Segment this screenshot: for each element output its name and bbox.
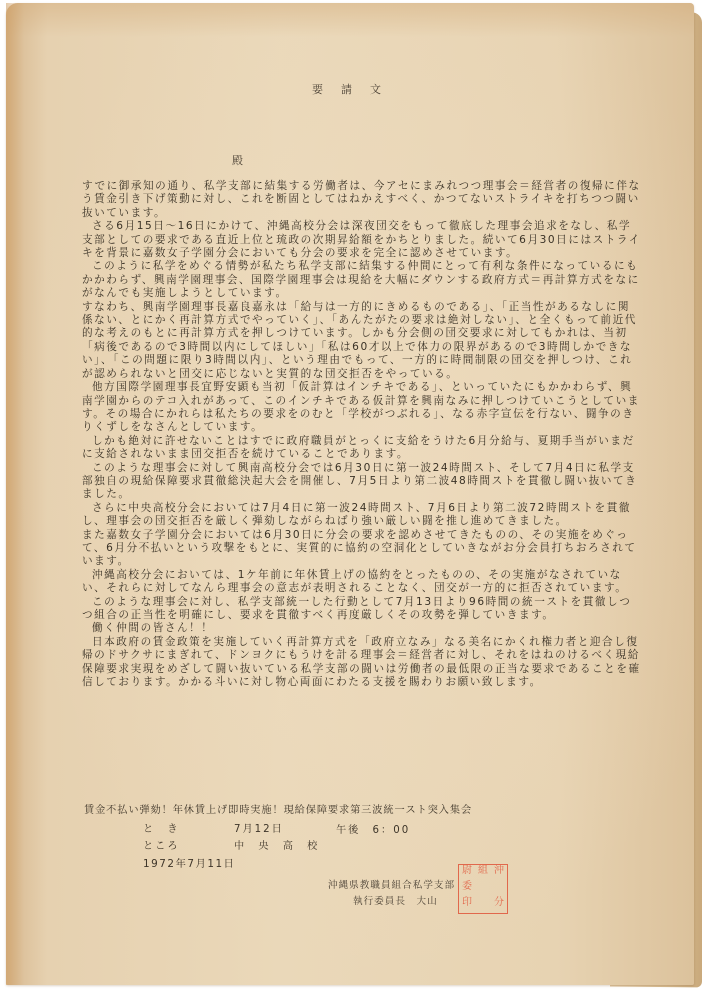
body-paragraph: また嘉数女子学園分会においては6月30日に分会の要求を認めさせてきたものの、その… <box>82 529 642 569</box>
seal-character <box>491 881 507 897</box>
body-paragraph: 沖縄高校分会においては、1ケ年前に年休賃上げの協約をとったものの、その実施がなさ… <box>82 569 642 596</box>
body-paragraph: さる6月15日～16日にかけて、沖縄高校分会は深夜団交をもって徹底した理事会追求… <box>82 220 642 260</box>
seal-character: 分 <box>491 897 507 913</box>
when-date: 7月12日 <box>234 820 284 835</box>
seal-character <box>475 881 491 897</box>
body-paragraph: このように私学をめぐる情勢が私たち私学支部に結集する仲間にとって有利な条件になっ… <box>82 260 642 300</box>
document-title: 要請文 <box>0 81 711 97</box>
seal-character: 委 <box>459 881 475 897</box>
seal-character <box>475 897 491 913</box>
body-paragraph: さらに中央高校分会においては7月4日に第一波24時間スト、7月6日より第二波72… <box>82 502 642 529</box>
seal-character: 組 <box>475 865 491 881</box>
signature-organization: 沖縄県教職員組合私学支部 <box>328 877 455 891</box>
body-paragraph: 日本政府の賃金政策を実施していく再計算方式を「政府立なみ」なる美名にかくれ権力者… <box>82 636 642 690</box>
body-paragraph: すでに御承知の通り、私学支部に結集する労働者は、今アセにまみれつつ理事会＝経営者… <box>82 180 642 220</box>
body-paragraph: 働く仲間の皆さん！！ <box>82 622 642 635</box>
rally-slogan: 賃金不払い弾劾！年休賃上げ即時実施！現給保障要求第三波統一スト突入集会 <box>84 801 472 816</box>
seal-stamp: 尉組沖委印分 <box>458 864 508 914</box>
addressee-honorific: 殿 <box>232 152 243 168</box>
document-body: すでに御承知の通り、私学支部に結集する労働者は、今アセにまみれつつ理事会＝経営者… <box>82 180 642 689</box>
body-paragraph: しかも絶対に許せないことはすでに政府職員がとっくに支給をうけた6月分給与、夏期手… <box>82 435 642 462</box>
where-value: 中 央 高 校 <box>234 837 319 852</box>
signature-officer: 執行委員長 大山 <box>353 893 438 907</box>
where-label: ところ <box>143 837 180 852</box>
seal-character: 印 <box>459 897 475 913</box>
body-paragraph: 他方国際学園理事長宜野安顕も当初「仮計算はインチキである」、といっていたにもかか… <box>82 381 642 435</box>
body-paragraph: このような理事会に対して興南高校分会では6月30日に第一波24時間スト、そして7… <box>82 462 642 502</box>
body-paragraph: すなわち、興南学園理事長嘉良嘉永は「給与は一方的にきめるものである」、「正当性が… <box>82 301 642 381</box>
when-label: と き <box>143 820 180 835</box>
body-paragraph: このような理事会に対し、私学支部統一した行動として7月13日より96時間の統一ス… <box>82 596 642 623</box>
issue-date: 1972年7月11日 <box>143 855 235 870</box>
document: 要請文 殿 すでに御承知の通り、私学支部に結集する労働者は、今アセにまみれつつ理… <box>0 0 711 1000</box>
seal-character: 尉 <box>459 865 475 881</box>
seal-character: 沖 <box>491 865 507 881</box>
when-time: 午後 6：00 <box>336 821 410 836</box>
